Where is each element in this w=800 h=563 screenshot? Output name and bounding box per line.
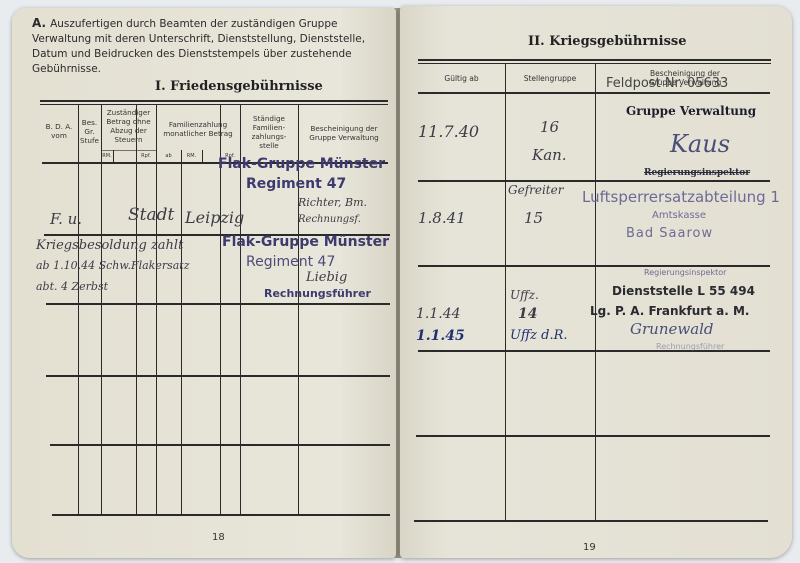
signature-richter: Richter, Bm. bbox=[298, 196, 367, 209]
section-title-kriegsgebuehrnisse: II. Kriegsgebührnisse bbox=[528, 34, 686, 49]
col-divider bbox=[505, 63, 506, 520]
stamp-flak-gruppe-1: Flak-Gruppe Münster bbox=[218, 156, 385, 172]
row1-stellengruppe-rank: Kan. bbox=[532, 146, 567, 164]
signature-grunewald: Grunewald bbox=[630, 320, 714, 338]
row1-gueltig-ab: 11.7.40 bbox=[418, 122, 479, 141]
signature-liebig: Liebig bbox=[306, 270, 347, 285]
table-bottom-rule bbox=[414, 520, 768, 522]
subheader-rule bbox=[101, 150, 156, 151]
row3-stellengruppe: 14 bbox=[518, 306, 537, 322]
right-page bbox=[400, 6, 792, 558]
row3-stellengruppe-note: Uffz d.R. bbox=[510, 328, 568, 343]
row-rule-1 bbox=[418, 180, 770, 182]
handwriting-city: Leipzig bbox=[185, 208, 244, 227]
row2-stellengruppe-rank: Gefreiter bbox=[508, 183, 563, 197]
stamp-amtskasse: Amtskasse bbox=[652, 210, 706, 221]
col-divider bbox=[181, 150, 182, 514]
row-rule-3 bbox=[46, 375, 390, 377]
handwriting-fu: F. u. bbox=[50, 210, 82, 228]
stamp-lg-pa-frankfurt: Lg. P. A. Frankfurt a. M. bbox=[590, 304, 749, 318]
handwriting-note-line2: ab 1.10.44 Schw.Flakersatz bbox=[36, 259, 190, 272]
col-divider bbox=[78, 104, 79, 514]
col-divider bbox=[136, 104, 137, 514]
signature-kaus: Kaus bbox=[670, 130, 730, 158]
col-header-betrag: Zuständiger Betrag ohne Abzug der Steuer… bbox=[101, 108, 156, 144]
header-bottom-rule bbox=[418, 92, 770, 94]
stamp-gruppe-verwaltung: Gruppe Verwaltung bbox=[626, 104, 756, 118]
table-top-rule bbox=[40, 100, 388, 102]
table-bottom-rule bbox=[52, 514, 390, 516]
col-header-familien-rm: RM. bbox=[181, 152, 202, 161]
stamp-flak-gruppe-2: Flak-Gruppe Münster bbox=[222, 234, 389, 250]
section-title-friedensgebuehrnisse: I. Friedensgebührnisse bbox=[155, 79, 323, 94]
stamp-luftsperrersatzabteilung: Luftsperrersatzabteilung 1 bbox=[582, 188, 780, 206]
col-header-gueltig-ab: Gültig ab bbox=[418, 74, 505, 83]
col-header-betrag-rm: RM. bbox=[101, 152, 113, 161]
row-rule-2 bbox=[418, 265, 770, 267]
stamp-dienststelle: Dienststelle L 55 494 bbox=[612, 284, 755, 298]
col-header-bes-gr: Bes. Gr. Stufe bbox=[78, 118, 101, 145]
row3-stellengruppe-rank: Uffz. bbox=[510, 288, 539, 302]
col-header-familien-ab: ab bbox=[156, 152, 181, 161]
table-top-rule-thin bbox=[40, 104, 388, 105]
instruction-paragraph: A.Auszufertigen durch Beamten der zustän… bbox=[32, 16, 378, 77]
stamp-rechnungsfuehrer: Rechnungsführer bbox=[656, 342, 724, 351]
handwriting-stadt: Stadt bbox=[128, 205, 174, 225]
row2-stellengruppe: 15 bbox=[524, 209, 543, 227]
col-divider bbox=[156, 104, 157, 514]
instruction-text: Auszufertigen durch Beamten der zuständi… bbox=[32, 18, 365, 75]
stamp-regierungsinspektor-1: Regierungsinspektor bbox=[644, 168, 750, 178]
col-divider bbox=[101, 104, 102, 514]
col-header-stellengruppe: Stellengruppe bbox=[505, 74, 595, 83]
stamp-regiment-1: Regiment 47 bbox=[246, 176, 346, 192]
row-rule-2 bbox=[46, 303, 390, 305]
stamp-rechnungsfuehrer: Rechnungsführer bbox=[264, 287, 371, 300]
handwriting-note-line3: abt. 4 Zerbst bbox=[36, 280, 108, 293]
col-subdivider bbox=[113, 150, 114, 162]
row-rule-4 bbox=[416, 435, 770, 437]
page-number-19: 19 bbox=[583, 542, 596, 553]
instruction-label: A. bbox=[32, 16, 46, 30]
col-header-familien: Familienzahlung monatlicher Betrag bbox=[156, 120, 240, 138]
page-number-18: 18 bbox=[212, 532, 225, 543]
col-header-zahlungsstelle: Ständige Familien-zahlungs-stelle bbox=[242, 114, 296, 150]
table-top-rule bbox=[418, 59, 771, 61]
stamp-regiment-2: Regiment 47 bbox=[246, 254, 335, 270]
col-header-bescheinigung: Bescheinigung der Gruppe Verwaltung bbox=[300, 124, 388, 142]
col-header-bda: B. D. A. vom bbox=[40, 122, 78, 140]
row3-gueltig-ab-2: 1.1.45 bbox=[416, 328, 465, 344]
col-header-betrag-rpf: Rpf. bbox=[136, 152, 156, 161]
stamp-regierungsinspektor-2: Regierungsinspektor bbox=[644, 268, 726, 277]
col-divider bbox=[595, 63, 596, 520]
row2-gueltig-ab: 1.8.41 bbox=[418, 209, 466, 227]
row3-gueltig-ab: 1.1.44 bbox=[416, 306, 461, 322]
stamp-feldpost: Feldpost Nr. 05633 bbox=[606, 76, 728, 91]
stamp-bad-saarow: Bad Saarow bbox=[626, 226, 713, 241]
signature-rechnungsf: Rechnungsf. bbox=[298, 214, 361, 225]
row1-stellengruppe: 16 bbox=[540, 118, 559, 136]
handwriting-note-line1: Kriegsbesoldung zahlt bbox=[36, 238, 183, 253]
col-subdivider bbox=[202, 150, 203, 162]
